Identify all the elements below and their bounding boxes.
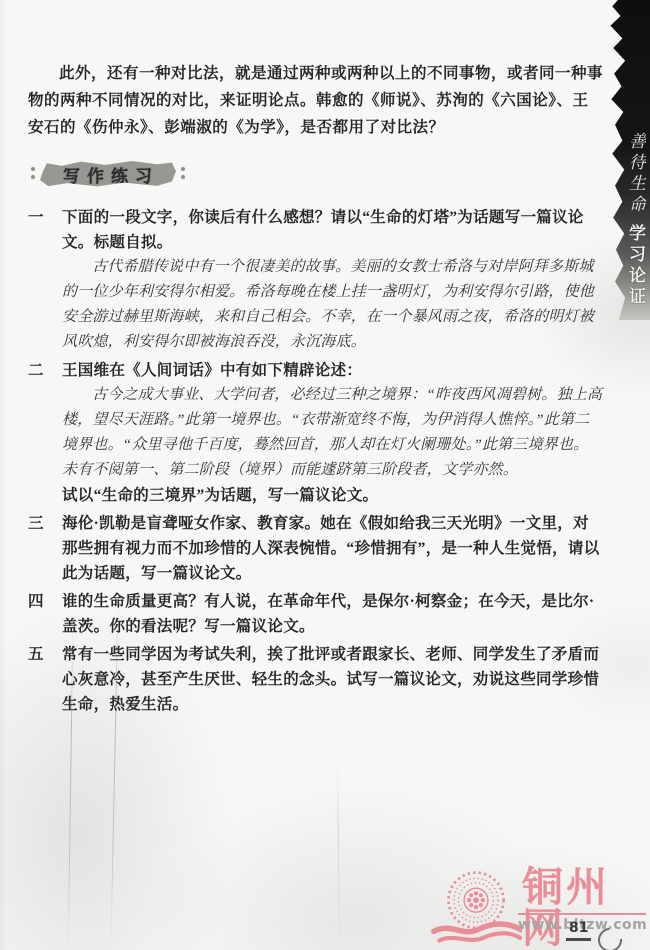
exercise-number: 四 bbox=[28, 589, 62, 639]
exercise-number: 一 bbox=[28, 205, 62, 355]
exercise-prompt: 谁的生命质量更高？有人说，在革命年代，是保尔·柯察金；在今天，是比尔·盖茨。你的… bbox=[62, 589, 603, 639]
page-number: 81 bbox=[566, 920, 591, 941]
exercise-number: 二 bbox=[28, 358, 62, 508]
exercise-quote: 古代希腊传说中有一个很凄美的故事。美丽的女教士希洛与对岸阿拜多斯城的一位少年利安… bbox=[62, 255, 603, 355]
unit-title-vertical: 善待生命 bbox=[627, 132, 644, 216]
banner-dots-left bbox=[31, 167, 35, 171]
exercise-item-4: 四 谁的生命质量更高？有人说，在革命年代，是保尔·柯察金；在今天，是比尔·盖茨。… bbox=[28, 589, 603, 639]
exercise-body: 王国维在《人间词话》中有如下精辟论述： 古今之成大事业、大学问者，必经过三种之境… bbox=[62, 358, 603, 508]
exercise-body: 谁的生命质量更高？有人说，在革命年代，是保尔·柯察金；在今天，是比尔·盖茨。你的… bbox=[62, 589, 603, 639]
exercise-item-5: 五 常有一些同学因为考试失利，挨了批评或者跟家长、老师、同学发生了矛盾而心灰意冷… bbox=[28, 642, 603, 717]
exercise-body: 海伦·凯勒是盲聋哑女作家、教育家。她在《假如给我三天光明》一文里，对那些拥有视力… bbox=[62, 511, 603, 586]
chapter-edge-band: 善待生命 学习论证 bbox=[604, 0, 650, 320]
exercise-prompt: 常有一些同学因为考试失利，挨了批评或者跟家长、老师、同学发生了矛盾而心灰意冷，甚… bbox=[62, 642, 603, 717]
banner-dots-right bbox=[181, 167, 185, 171]
page-content: 此外，还有一种对比法，就是通过两种或两种以上的不同事物，或者同一种事物的两种不同… bbox=[28, 60, 603, 720]
exercise-item-2: 二 王国维在《人间词话》中有如下精辟论述： 古今之成大事业、大学问者，必经过三种… bbox=[28, 358, 603, 508]
exercise-number: 五 bbox=[28, 642, 62, 717]
page-crease bbox=[337, 760, 340, 950]
section-banner-label: 写作练习 bbox=[63, 162, 159, 187]
exercise-body: 常有一些同学因为考试失利，挨了批评或者跟家长、老师、同学发生了矛盾而心灰意冷，甚… bbox=[62, 642, 603, 717]
intro-paragraph: 此外，还有一种对比法，就是通过两种或两种以上的不同事物，或者同一种事物的两种不同… bbox=[28, 60, 603, 141]
exercise-item-1: 一 下面的一段文字，你读后有什么感想？请以“生命的灯塔”为话题写一篇议论文。标题… bbox=[28, 205, 603, 355]
exercise-prompt: 王国维在《人间词话》中有如下精辟论述： bbox=[62, 358, 603, 383]
section-banner: 写作练习 bbox=[40, 161, 176, 188]
exercise-number: 三 bbox=[28, 511, 62, 586]
exercise-body: 下面的一段文字，你读后有什么感想？请以“生命的灯塔”为话题写一篇议论文。标题自拟… bbox=[62, 205, 603, 355]
exercise-tail: 试以“生命的三境界”为话题，写一篇议论文。 bbox=[62, 483, 603, 508]
exercise-prompt: 下面的一段文字，你读后有什么感想？请以“生命的灯塔”为话题写一篇议论文。标题自拟… bbox=[62, 205, 603, 255]
watermark-rosette-icon bbox=[430, 869, 522, 947]
section-banner-row: 写作练习 bbox=[26, 159, 603, 189]
exercise-item-3: 三 海伦·凯勒是盲聋哑女作家、教育家。她在《假如给我三天光明》一文里，对那些拥有… bbox=[28, 511, 603, 586]
exercise-quote: 古今之成大事业、大学问者，必经过三种之境界：“昨夜西风凋碧树。独上高楼，望尽天涯… bbox=[62, 383, 603, 483]
exercise-prompt: 海伦·凯勒是盲聋哑女作家、教育家。她在《假如给我三天光明》一文里，对那些拥有视力… bbox=[62, 511, 603, 586]
textbook-page: 善待生命 学习论证 此外，还有一种对比法，就是通过两种或两种以上的不同事物，或者… bbox=[0, 0, 650, 950]
lesson-title-vertical: 学习论证 bbox=[627, 224, 644, 308]
